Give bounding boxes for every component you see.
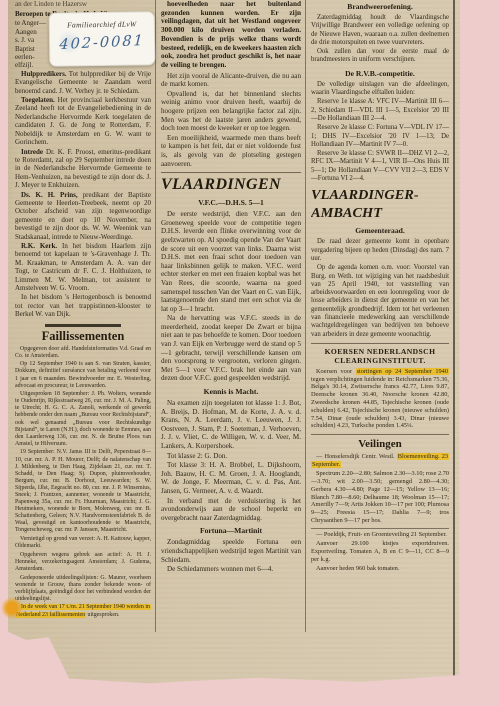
faillissementen-heading: Faillissementen [15, 329, 151, 343]
church-news-paragraph: Hulppredikers. Tot hulpprediker bij de V… [15, 70, 151, 95]
faillissementen-intro: Opgegeven door afd. Handelsinformaties V… [15, 346, 151, 360]
faillissementen-paragraph: Vernietigd op grond van verzet: A. H. Ka… [15, 536, 151, 550]
page-background: an der Linden te Hazersw Beroepen te Raa… [0, 0, 500, 706]
cut-top-line: an der Linden te Hazersw [15, 0, 151, 8]
paragraph: De Schiedammers wonnen met 6—4. [161, 565, 301, 574]
section-divider [311, 528, 449, 529]
match-report-paragraph: De eerste wedstrijd, dien V.F.C. aan den… [161, 210, 301, 313]
grapes-lead-paragraph: hoeveelheden naar het buitenland gezonde… [161, 0, 301, 70]
highlight-mark: stortingen op 24 September 1940 [356, 368, 449, 375]
rvb-subhead: De R.V.B.-competitie. [311, 69, 449, 78]
faillissementen-paragraph: Opgeheven wegens gebrek aan actief: A. H… [15, 552, 151, 573]
text-fragment-left: elfzijl. [15, 61, 33, 69]
faillissementen-week-summary: In de week van 17 t./m. 21 September 194… [15, 604, 151, 618]
newspaper-clipping: an der Linden te Hazersw Beroepen te Raa… [8, 0, 460, 684]
match-subhead: V.F.C.—D.H.S. 5—1 [161, 198, 301, 207]
text-fragment-left: eerlen- [15, 53, 34, 61]
koersen-paragraph: Koersen voor stortingen op 24 September … [311, 368, 449, 430]
highlight-mark: In de week van 17 t./m. 21 September 194… [15, 604, 151, 617]
vlaardingen-heading: VLAARDINGEN [161, 176, 301, 194]
section-divider-bar [45, 324, 121, 327]
text-fragment-left: Aangen [15, 28, 37, 36]
paragraph: Zondagmiddag speelde Fortuna een vriends… [161, 538, 301, 564]
text-fragment-left: s. J. va [15, 36, 34, 44]
faillissementen-paragraph: Gedeponeerde uitdeelingslijsten: G. Maur… [15, 575, 151, 603]
paragraph: De volledige uitslagen van die afdeeling… [311, 81, 449, 98]
paragraph: Tot klasse 3: H. A. Brobbel, L. Dijkshoo… [161, 461, 301, 495]
paragraph: Tot klasse 2: G. Don. [161, 452, 301, 461]
gemeenteraad-subhead: Gemeenteraad. [311, 226, 449, 235]
fortuna-subhead: Fortuna—Martinit [161, 526, 301, 535]
koersen-heading: KOERSEN NEDERLANDSCH CLEARINGINSTITUUT. [311, 347, 449, 366]
paragraph: Het zijn vooral de Alicante-druiven, die… [161, 72, 301, 89]
section-divider [311, 434, 449, 435]
paragraph: In verband met de verduistering is het a… [161, 497, 301, 523]
kennis-subhead: Kennis is Macht. [161, 387, 301, 396]
rvb-results-paragraph: Reserve 3e klasse C: SVWR II—DHZ VI 2—2,… [311, 150, 449, 183]
text-fragment-left: te Anger— [15, 19, 46, 27]
orange-marker-dot [1, 597, 23, 619]
paragraph: Zaterdagmiddag houdt de Vlaardingsche Vr… [311, 14, 449, 47]
veiling-title-line: — Honselersdijk Centr. Westl. Bloemenvei… [311, 453, 449, 469]
rvb-results-paragraph: Reserve 2e klasse C: Fortuna V—VDL IV 17… [311, 124, 449, 149]
paragraph: Aanvoer 29.100 kistjes exportdruiven. Ex… [311, 540, 449, 563]
label-printed-text: Familiearchief dLvW [50, 19, 154, 29]
paragraph: Een moeilijkheid, waarmede men thans hee… [161, 134, 301, 168]
veiling-prices: Spectrum 2.20—2.80; Salmon 2.30—3.10; ro… [311, 470, 449, 525]
column-rule [305, 0, 306, 632]
paragraph: Na examen zijn toegelaten tot klasse 1: … [161, 399, 301, 451]
paragraph: Opvallend is, dat het binnenland slechts… [161, 90, 301, 133]
column-left: an der Linden te Hazersw Beroepen te Raa… [15, 0, 151, 630]
paragraph: De raad dezer gemeente komt in openbare … [311, 238, 449, 263]
brandweer-subhead: Brandweeroefening. [311, 2, 449, 11]
veiling-title-line: — Poeldijk, Fruit- en Groenteveiling 21 … [311, 531, 449, 539]
church-news-paragraph: Intrede Dr. K. F. Proost, emeritus-predi… [15, 148, 151, 190]
paragraph: Op de agenda komen o.m. voor: Voorstel v… [311, 264, 449, 339]
faillissementen-paragraph: 19 September: N.V. Janus III te Delft, P… [15, 449, 151, 534]
column-right: Brandweeroefening. Zaterdagmiddag houdt … [311, 0, 449, 630]
rvb-results-paragraph: Reserve 1e klasse A: VFC IV—Martinit III… [311, 98, 449, 123]
match-report-paragraph: Na de hervatting was V.F.C. steeds in de… [161, 314, 301, 383]
church-news-paragraph: In het bisdom 's Hertogenbosch is benoem… [15, 293, 151, 318]
faillissementen-paragraph: Op 12 September 1940 is aan S. van Strat… [15, 361, 151, 389]
church-news-paragraph: Toegelaten. Het provinciaal kerkbestuur … [15, 96, 151, 146]
section-divider [161, 172, 301, 173]
church-news-paragraph: R.K. Kerk. In het bisdom Haarlem zijn be… [15, 242, 151, 292]
text-fragment-left: Baptist [15, 45, 35, 53]
vlaardinger-ambacht-heading: VLAARDINGER-AMBACHT [311, 186, 449, 222]
church-news-paragraph: Ds. K. H. Prins, predikant der Baptiste … [15, 191, 151, 241]
archive-label: Familiearchief dLvW 402-0081 [49, 11, 156, 66]
column-middle: hoeveelheden naar het buitenland gezonde… [161, 0, 301, 630]
clipping-right-edge [453, 0, 455, 684]
faillissementen-paragraph: Uitgesproken 18 September: J. Ph. Wolter… [15, 391, 151, 448]
section-divider [311, 343, 449, 344]
paragraph: Ook zullen dan voor de eerste maal de br… [311, 48, 449, 65]
paragraph: Aanvoer heden 960 bak tomaten. [311, 565, 449, 573]
column-rule [155, 0, 156, 632]
veilingen-heading: Veilingen [311, 438, 449, 451]
